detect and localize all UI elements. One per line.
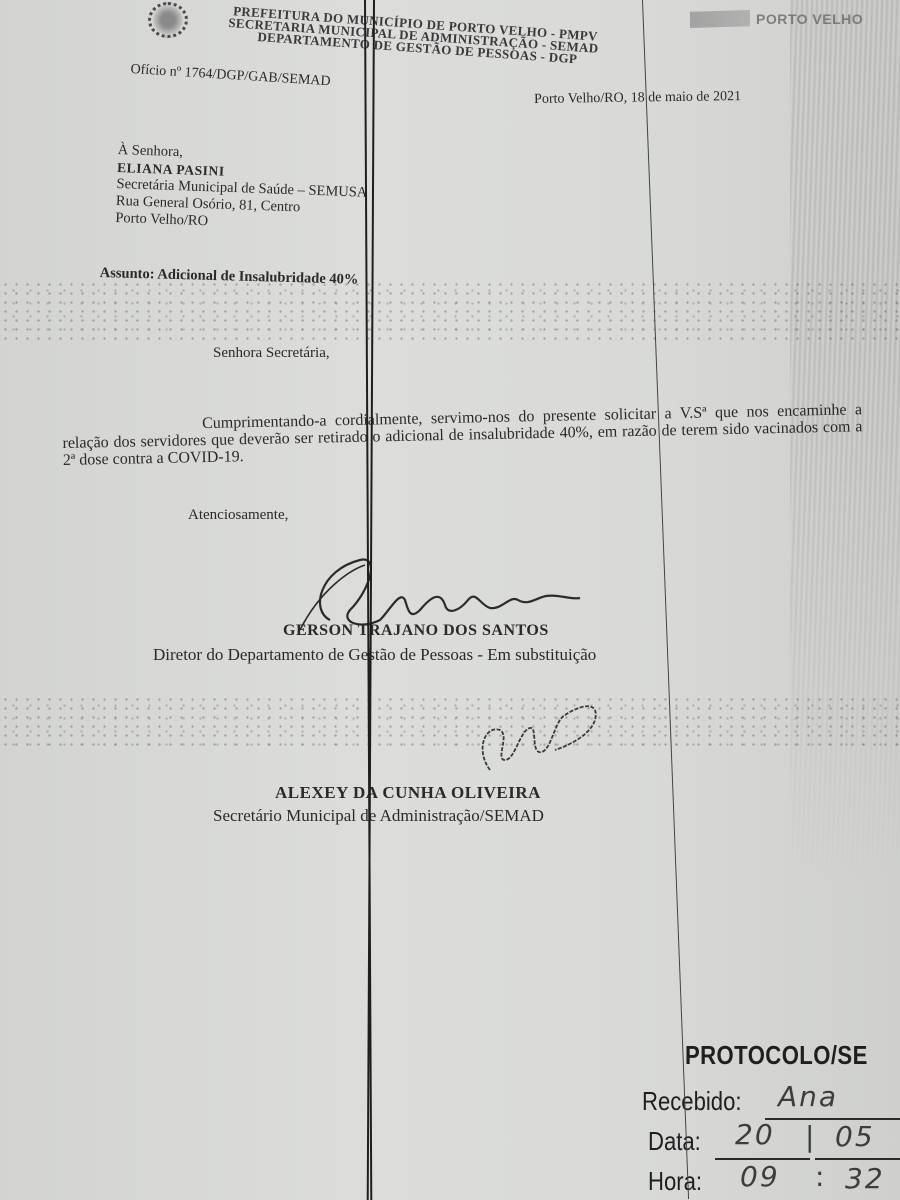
salutation: Senhora Secretária, [213, 345, 330, 362]
scanned-document-page: PREFEITURA DO MUNICÍPIO DE PORTO VELHO -… [0, 0, 900, 1200]
underline [815, 1158, 900, 1160]
document-reference: Ofício nº 1764/DGP/GAB/SEMAD [130, 62, 331, 90]
time-separator: : [815, 1160, 826, 1193]
recipient-block: À Senhora, ELIANA PASINI Secretária Muni… [115, 142, 369, 236]
toner-speckles [0, 695, 900, 750]
stamp-received-value: Ana [778, 1080, 838, 1113]
stamp-time-hour: 09 [740, 1160, 780, 1193]
underline [765, 1118, 900, 1120]
date-separator: | [805, 1120, 816, 1153]
letterhead: PREFEITURA DO MUNICÍPIO DE PORTO VELHO -… [230, 0, 709, 33]
signer-2-name: ALEXEY DA CUNHA OLIVEIRA [275, 783, 541, 803]
signer-2-role: Secretário Municipal de Administração/SE… [213, 806, 544, 826]
toner-speckles [0, 280, 900, 340]
stamp-received-label: Recebido: [642, 1086, 742, 1117]
stamp-time-label: Hora: [648, 1166, 702, 1197]
closing: Atenciosamente, [188, 507, 288, 524]
stamp-date-month: 05 [835, 1120, 875, 1153]
stamp-time-minute: 32 [845, 1162, 885, 1195]
signer-1-role: Diretor do Departamento de Gestão de Pes… [153, 645, 596, 665]
city-logo: PORTO VELHO [690, 8, 890, 30]
signer-1-name: GERSON TRAJANO DOS SANTOS [283, 622, 549, 640]
stamp-title: PROTOCOLO/SE [685, 1040, 868, 1071]
place-date: Porto Velho/RO, 18 de maio de 2021 [534, 89, 741, 108]
letter-body: Cumprimentando-a cordialmente, servimo-n… [62, 401, 863, 469]
municipal-crest-icon [148, 2, 188, 38]
city-flag-icon [690, 10, 750, 28]
letter-body-paragraph: Cumprimentando-a cordialmente, servimo-n… [62, 401, 863, 469]
photocopy-line [642, 0, 689, 1199]
stamp-date-label: Data: [648, 1126, 701, 1157]
city-logo-text: PORTO VELHO [756, 11, 863, 27]
handwritten-signature-icon [460, 690, 620, 780]
stamp-date-day: 20 [735, 1118, 775, 1151]
